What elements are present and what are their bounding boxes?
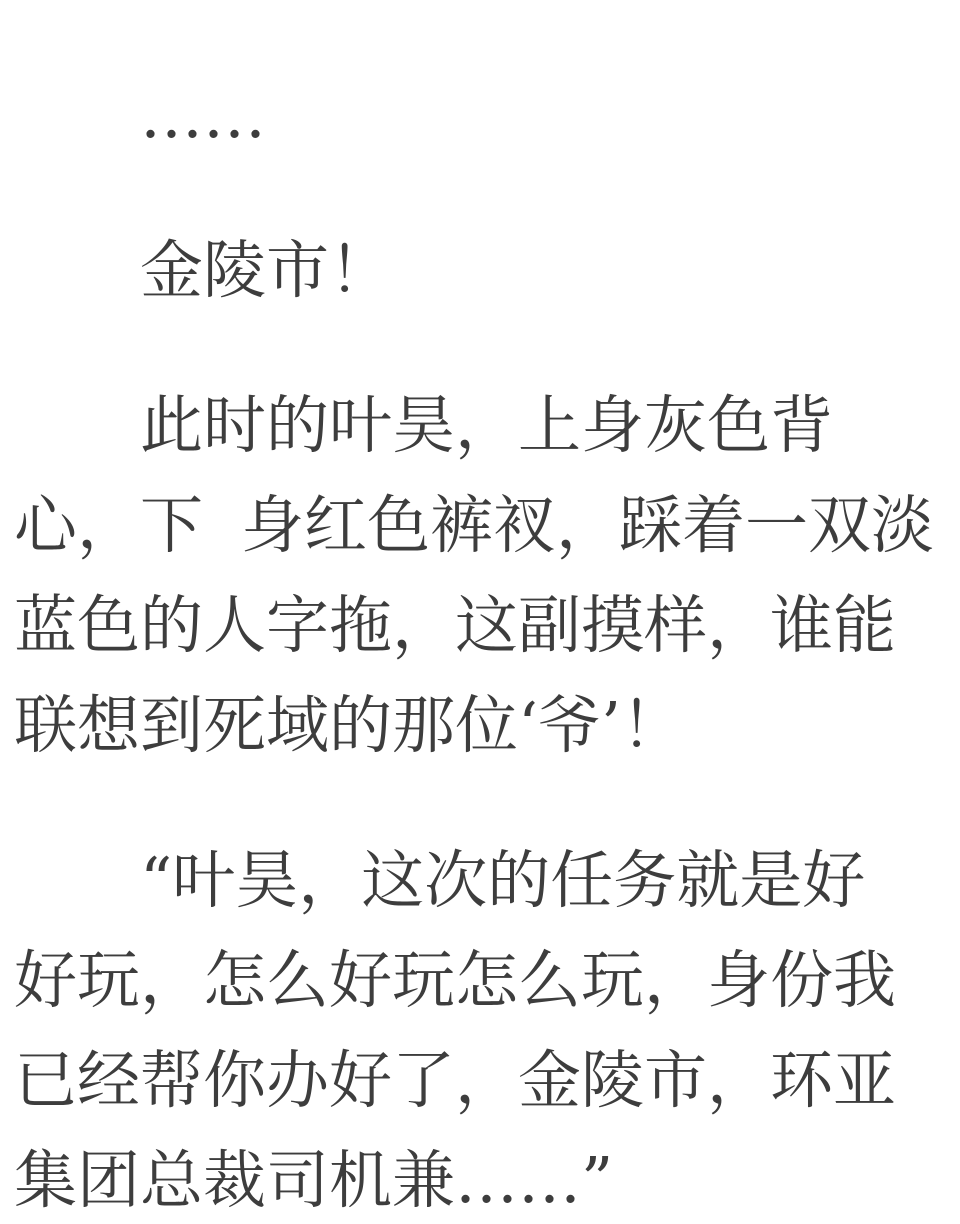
text-line: 此时的叶昊，上身灰色背 [14,376,946,476]
text-line: 蓝色的人字拖，这副摸样，谁能 [14,576,946,676]
reader-page[interactable]: ……金陵市！此时的叶昊，上身灰色背心，下 身红色裤衩，踩着一双淡蓝色的人字拖，这… [0,0,960,1224]
text-line: 好玩，怎么好玩怎么玩，身份我 [14,931,946,1031]
text-line: 心，下 身红色裤衩，踩着一双淡 [14,476,946,576]
text-line: 金陵市！ [14,221,946,321]
text-line: 联想到死域的那位‘爷’！ [14,676,946,776]
text-line: 集团总裁司机兼……” [14,1131,946,1224]
paragraph: 金陵市！ [14,221,946,321]
text-line: 已经帮你办好了，金陵市，环亚 [14,1031,946,1131]
paragraph: 此时的叶昊，上身灰色背心，下 身红色裤衩，踩着一双淡蓝色的人字拖，这副摸样，谁能… [14,376,946,776]
paragraph: “叶昊，这次的任务就是好好玩，怎么好玩怎么玩，身份我已经帮你办好了，金陵市，环亚… [14,831,946,1224]
paragraph: …… [14,66,946,166]
text-line: “叶昊，这次的任务就是好 [14,831,946,931]
text-line: …… [14,66,946,166]
